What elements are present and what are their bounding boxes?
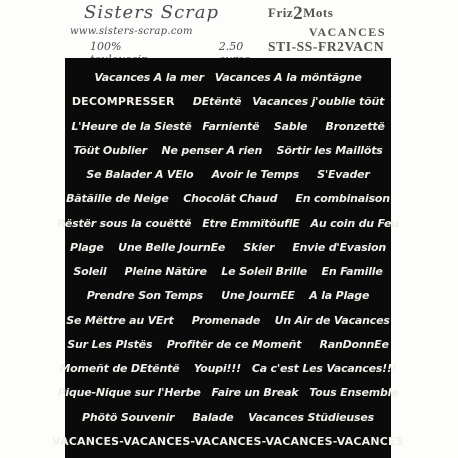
text-line: VACANCES-VACANCES-VACANCES-VACANCES-VACA… — [52, 432, 404, 448]
sticker-panel: Vacances A la mer Vacances A la möntãgne… — [65, 58, 391, 458]
product-name: Friz2Mots — [268, 4, 386, 25]
product-collection: VACANCES — [268, 26, 386, 39]
product-block: Friz2Mots VACANCES STI-SS-FR2VACN — [268, 4, 386, 55]
text-segment: Se Balader A VElo Avoir le Temps S'Evade… — [86, 168, 369, 181]
product-sku: STI-SS-FR2VACN — [268, 40, 386, 55]
text-line: Tõüt Oublier Ne penser A rien Sörtir les… — [73, 141, 382, 157]
text-segment: Soleil Pleine Nãtüre Le Soleil Brille En… — [73, 265, 382, 278]
product-name-post: Mots — [303, 5, 333, 20]
text-segment: VACANCES-VACANCES-VACANCES-VACANCES-VACA… — [52, 435, 404, 448]
text-line: Momeñt de DEtëntë Youpi!!! Ca c'est Les … — [59, 359, 396, 375]
text-segment: DECOMPRESSER — [72, 95, 175, 108]
text-segment: Prendre Son Temps Une JournEE A la Plage — [87, 289, 369, 302]
text-line: Se Balader A VElo Avoir le Temps S'Evade… — [86, 165, 369, 181]
text-segment: Vacances A la mer Vacances A la möntãgne — [94, 71, 361, 84]
brand-website: www.sisters-scrap.com — [70, 26, 270, 37]
brand-block: Sisters Scrap www.sisters-scrap.com 100%… — [70, 2, 270, 66]
text-segment: DEtëntë Vacances j'oublie tõüt — [175, 95, 385, 108]
text-line: Plage Une Belle JournEe Skier Envie d'Ev… — [70, 238, 386, 254]
text-segment: Rëstër sous la couëttë Etre EmmïtöuflE A… — [57, 217, 399, 230]
text-line: Se Mëttre au VErt Promenade Un Air de Va… — [66, 311, 389, 327]
text-segment: Pique-Nique sur l'Herbe Faire un Break T… — [58, 386, 399, 399]
text-segment: Phötö Souvenir Balade Vacances Stüdieuse… — [82, 411, 374, 424]
product-name-pre: Friz — [268, 5, 293, 20]
product-name-num: 2 — [293, 3, 303, 24]
text-segment: Plage Une Belle JournEe Skier Envie d'Ev… — [70, 241, 386, 254]
text-line: Phötö Souvenir Balade Vacances Stüdieuse… — [82, 408, 374, 424]
text-segment: Se Mëttre au VErt Promenade Un Air de Va… — [66, 314, 389, 327]
text-line: DECOMPRESSER DEtëntë Vacances j'oublie t… — [72, 92, 384, 108]
text-line: Pique-Nique sur l'Herbe Faire un Break T… — [58, 383, 399, 399]
text-line: Soleil Pleine Nãtüre Le Soleil Brille En… — [73, 262, 382, 278]
text-line: Bãtãille de Neige Chocolãt Chaud En comb… — [66, 189, 390, 205]
text-segment: L'Heure de la Siestë Farnientë Sable Bro… — [71, 120, 384, 133]
text-segment: Tõüt Oublier Ne penser A rien Sörtir les… — [73, 144, 382, 157]
text-line: Vacances A la mer Vacances A la möntãgne — [94, 68, 361, 84]
text-line: L'Heure de la Siestë Farnientë Sable Bro… — [71, 117, 384, 133]
text-segment: Bãtãille de Neige Chocolãt Chaud En comb… — [66, 192, 390, 205]
brand-name: Sisters Scrap — [84, 2, 270, 23]
text-line: Sur Les PIstës Profitër de ce Momeñt Ran… — [67, 335, 388, 351]
sheet-header: Sisters Scrap www.sisters-scrap.com 100%… — [0, 0, 458, 58]
text-line: Prendre Son Temps Une JournEE A la Plage — [87, 286, 369, 302]
text-segment: Sur Les PIstës Profitër de ce Momeñt Ran… — [67, 338, 388, 351]
text-segment: Momeñt de DEtëntë Youpi!!! Ca c'est Les … — [59, 362, 396, 375]
text-line: Rëstër sous la couëttë Etre EmmïtöuflE A… — [57, 214, 399, 230]
